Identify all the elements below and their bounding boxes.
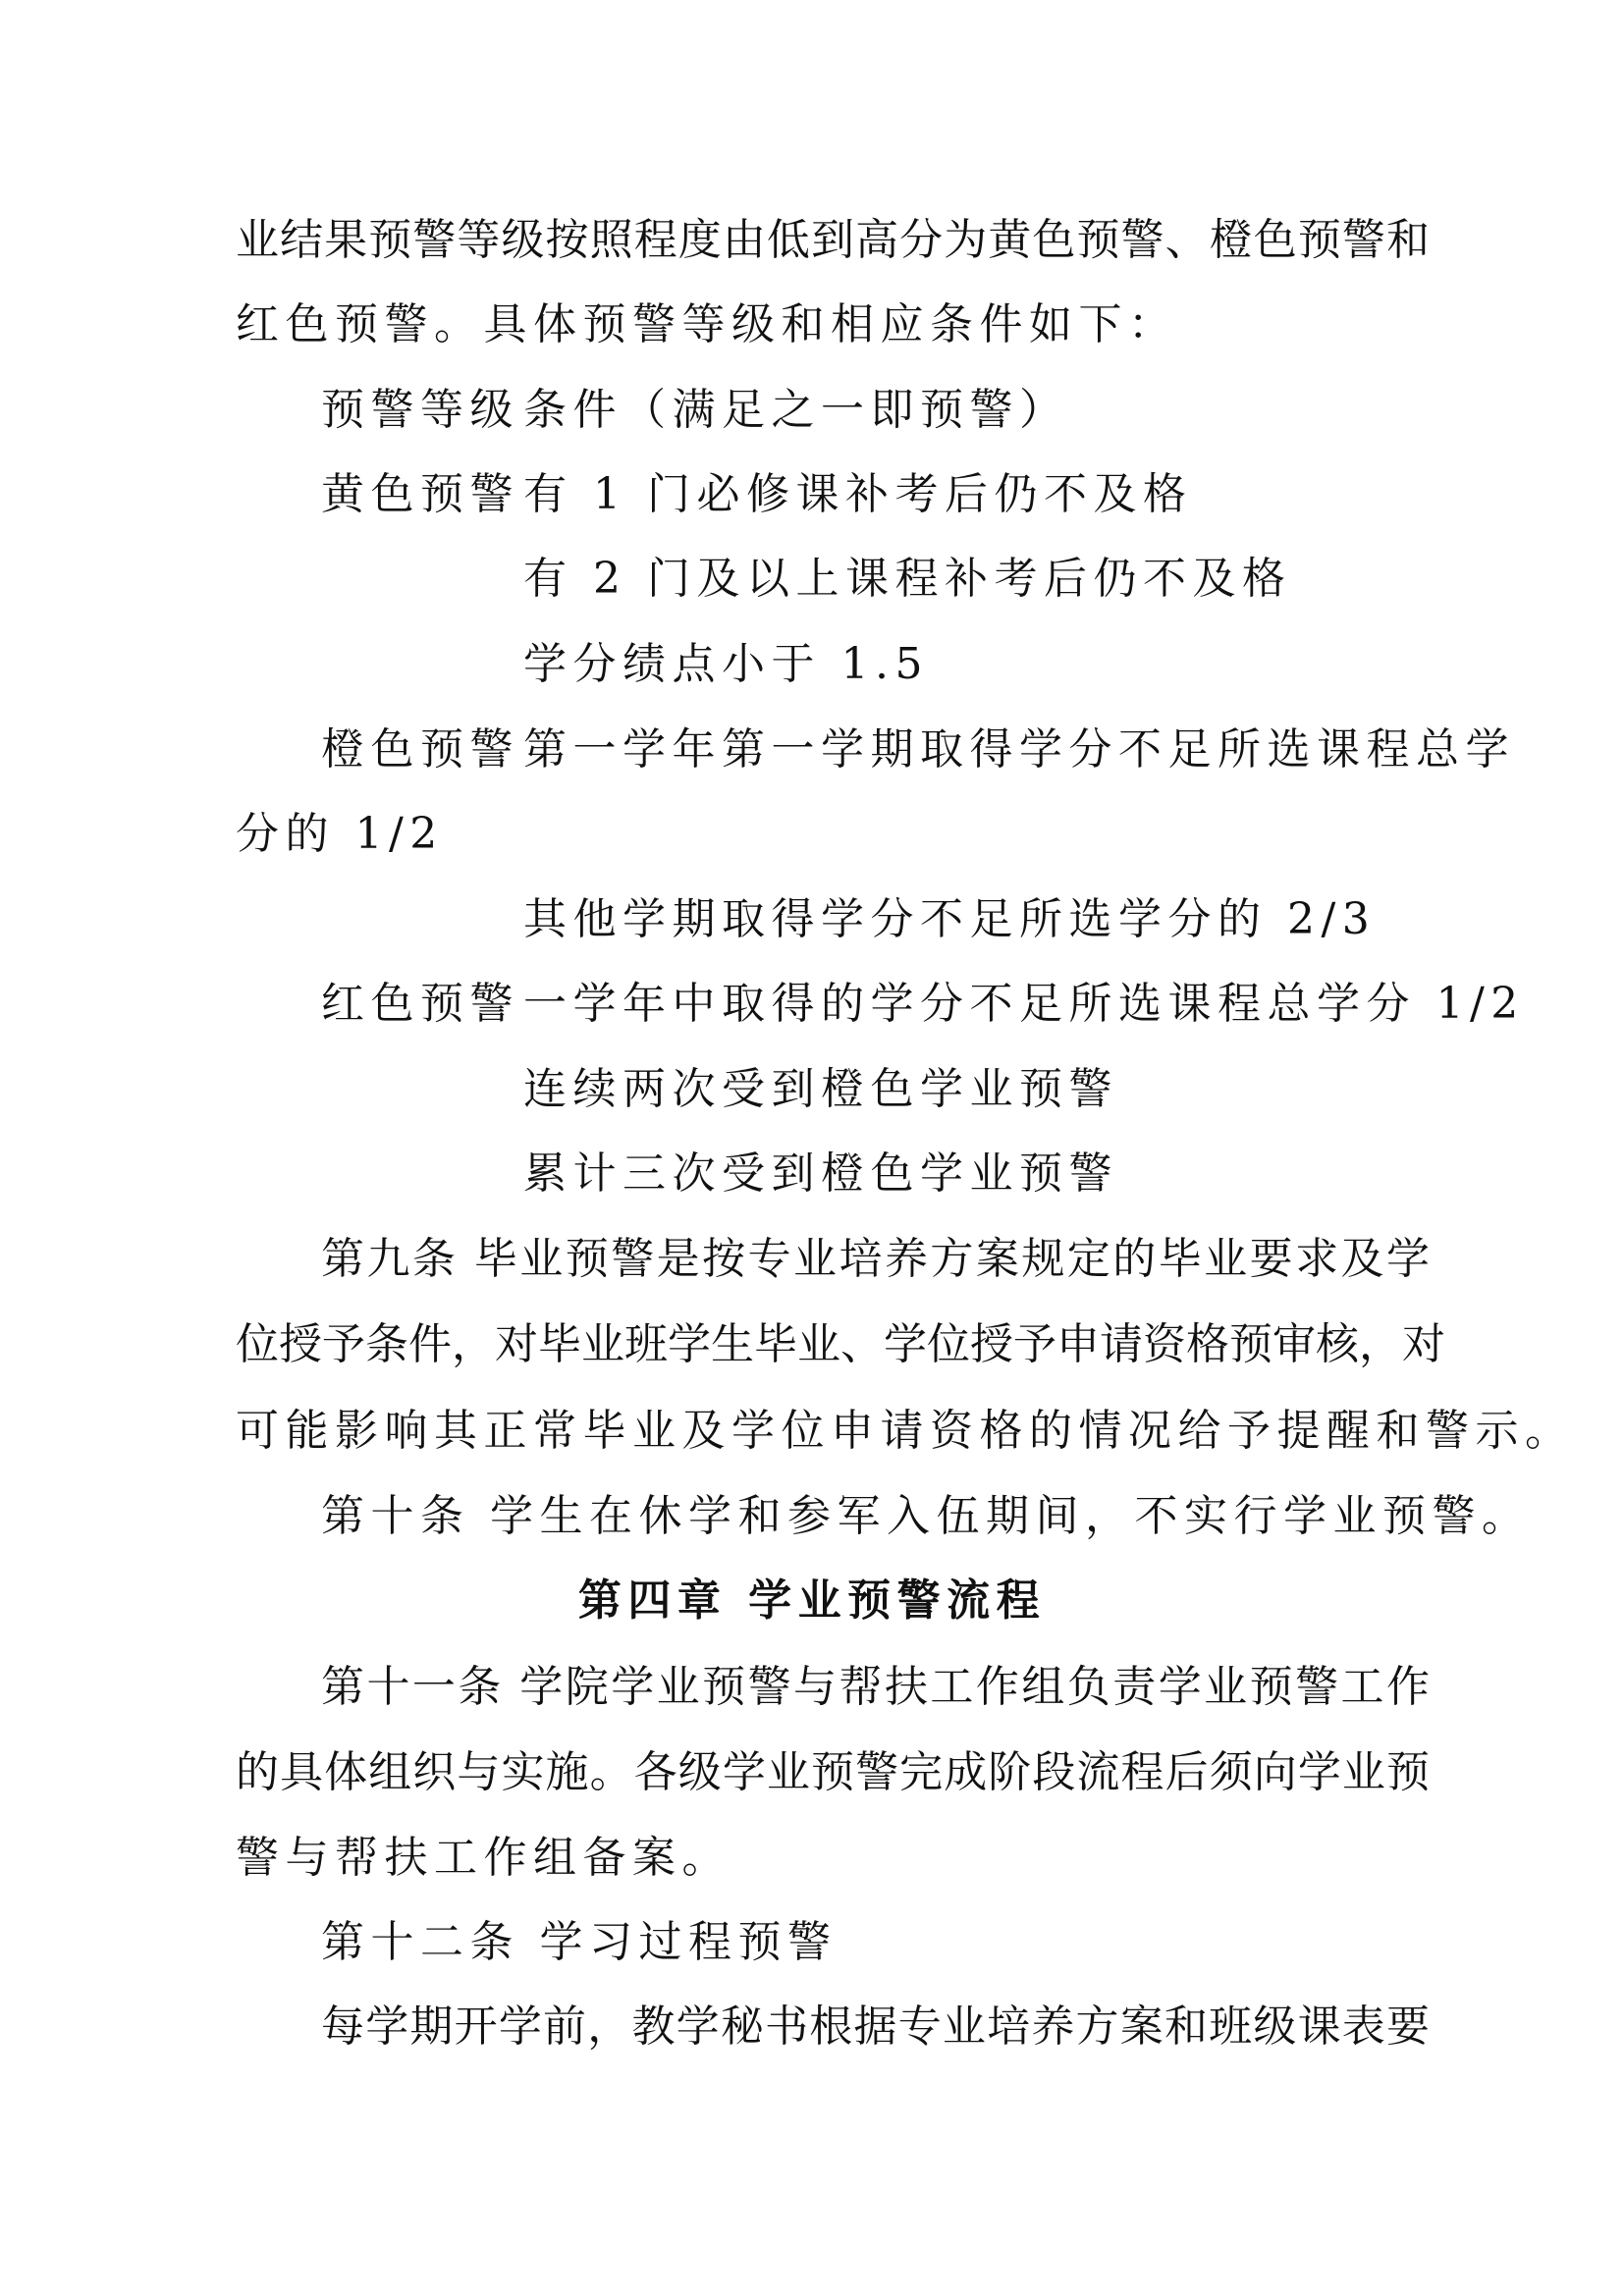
table-header-level: 预警等级 [321,381,519,440]
warning-condition: 其他学期取得学分不足所选学分的 2/3 [523,890,1376,949]
warning-condition: 有 1 门必修课补考后仍不及格 [523,465,1192,524]
chapter-heading: 第四章 学业预警流程 [0,1572,1624,1630]
warning-condition: 累计三次受到橙色学业预警 [523,1145,1118,1203]
warning-condition: 第一学年第一学期取得学分不足所选课程总学 [523,721,1515,779]
article-12-body: 每学期开学前，教学秘书根据专业培养方案和班级课表要 [321,1998,1430,2056]
warning-level-red: 红色预警 [321,975,519,1034]
article-11-line: 警与帮扶工作组备案。 [236,1829,731,1888]
article-9-line: 可能影响其正常毕业及学位申请资格的情况给予提醒和警示。 [236,1402,1575,1461]
warning-condition-cont: 分的 1/2 [236,805,444,864]
paragraph-line: 红色预警。具体预警等级和相应条件如下： [236,295,1178,354]
article-12-title: 第十二条 学习过程预警 [321,1913,838,1972]
article-11-line: 的具体组织与实施。各级学业预警完成阶段流程后须向学业预 [236,1743,1430,1802]
article-9-line: 第九条 毕业预警是按专业培养方案规定的毕业要求及学 [321,1230,1430,1289]
warning-condition: 学分绩点小于 1.5 [523,635,929,694]
article-10: 第十条 学生在休学和参军入伍期间，不实行学业预警。 [321,1487,1531,1546]
paragraph-line: 业结果预警等级按照程度由低到高分为黄色预警、橙色预警和 [236,211,1430,270]
article-11-line: 第十一条 学院学业预警与帮扶工作组负责学业预警工作 [321,1658,1430,1717]
warning-condition: 连续两次受到橙色学业预警 [523,1060,1118,1119]
warning-level-yellow: 黄色预警 [321,465,519,524]
warning-level-orange: 橙色预警 [321,721,519,779]
warning-condition: 有 2 门及以上课程补考后仍不及格 [523,550,1291,609]
table-header-condition: 条件（满足之一即预警） [523,381,1069,440]
article-9-line: 位授予条件，对毕业班学生毕业、学位授予申请资格预审核，对 [236,1315,1430,1374]
warning-condition: 一学年中取得的学分不足所选课程总学分 1/2 [523,975,1525,1034]
